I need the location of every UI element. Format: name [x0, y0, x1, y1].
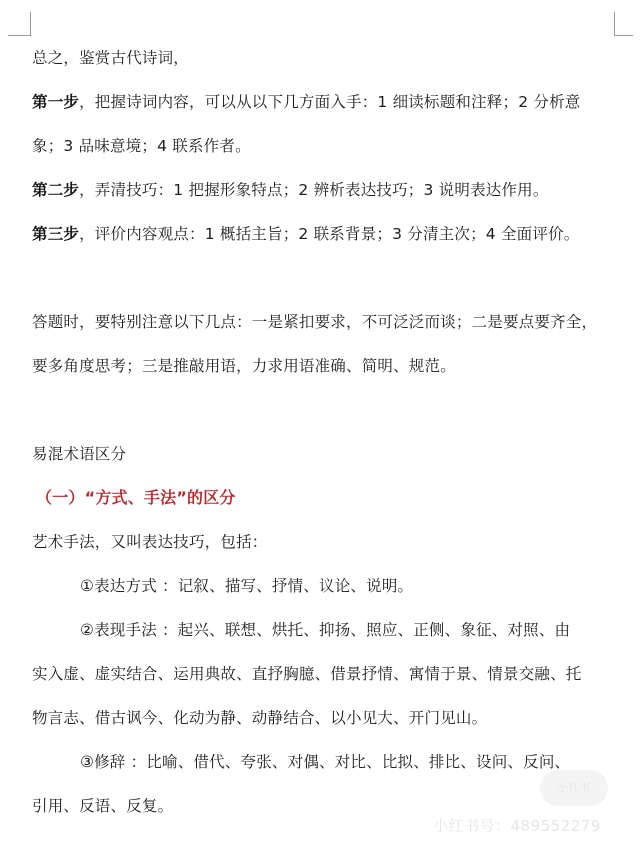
- step-2-text: ，弄清技巧：1 把握形象特点；2 辨析表达技巧；3 说明表达作用。: [79, 181, 548, 199]
- step-2-label: 第二步: [32, 181, 79, 199]
- list-item-rhetoric-cont: 引用、反语、反复。: [32, 795, 616, 817]
- intro-paragraph: 总之，鉴赏古代诗词，: [32, 47, 616, 69]
- subsection-intro: 艺术手法，又叫表达技巧，包括：: [32, 531, 616, 553]
- list-item-rhetoric: ③修辞 ：比喻、借代、夸张、对偶、对比、比拟、排比、设问、反问、: [80, 751, 616, 773]
- step-3-paragraph: 第三步，评价内容观点：1 概括主旨；2 联系背景；3 分清主次；4 全面评价。: [32, 223, 616, 245]
- list-item-expressive-techniques-cont-1: 实入虚、虚实结合、运用典故、直抒胸臆、借景抒情、寓情于景、情景交融、托: [32, 663, 616, 685]
- list-item-expressive-techniques: ②表现手法 ：起兴、联想、烘托、抑扬、照应、正侧、象征、对照、由: [80, 619, 616, 641]
- step-1-paragraph-cont: 象；3 品味意境；4 联系作者。: [32, 135, 616, 157]
- section-title: 易混术语区分: [32, 443, 616, 465]
- page-corner-mark-left: [8, 12, 31, 36]
- page-corner-mark-right: [614, 12, 633, 36]
- step-3-text: ，评价内容观点：1 概括主旨；2 联系背景；3 分清主次；4 全面评价。: [79, 225, 579, 243]
- list-item-expressive-techniques-cont-2: 物言志、借古讽今、化动为静、动静结合、以小见大、开门见山。: [32, 707, 616, 729]
- notice-paragraph-cont: 要多角度思考；三是推敲用语，力求用语准确、简明、规范。: [32, 355, 616, 377]
- watermark-logo: 小红书: [540, 770, 608, 806]
- step-1-paragraph: 第一步，把握诗词内容，可以从以下几方面入手：1 细读标题和注释；2 分析意: [32, 91, 616, 113]
- watermark-text: 小红书号：489552279: [433, 815, 601, 836]
- notice-paragraph: 答题时，要特别注意以下几点：一是紧扣要求，不可泛泛而谈；二是要点要齐全，: [32, 311, 616, 333]
- step-2-paragraph: 第二步，弄清技巧：1 把握形象特点；2 辨析表达技巧；3 说明表达作用。: [32, 179, 616, 201]
- subsection-heading: （一）“方式、手法”的区分: [36, 487, 620, 509]
- step-1-label: 第一步: [32, 93, 79, 111]
- step-1-text: ，把握诗词内容，可以从以下几方面入手：1 细读标题和注释；2 分析意: [79, 93, 580, 111]
- step-3-label: 第三步: [32, 225, 79, 243]
- list-item-expression-methods: ①表达方式 ：记叙、描写、抒情、议论、说明。: [80, 575, 616, 597]
